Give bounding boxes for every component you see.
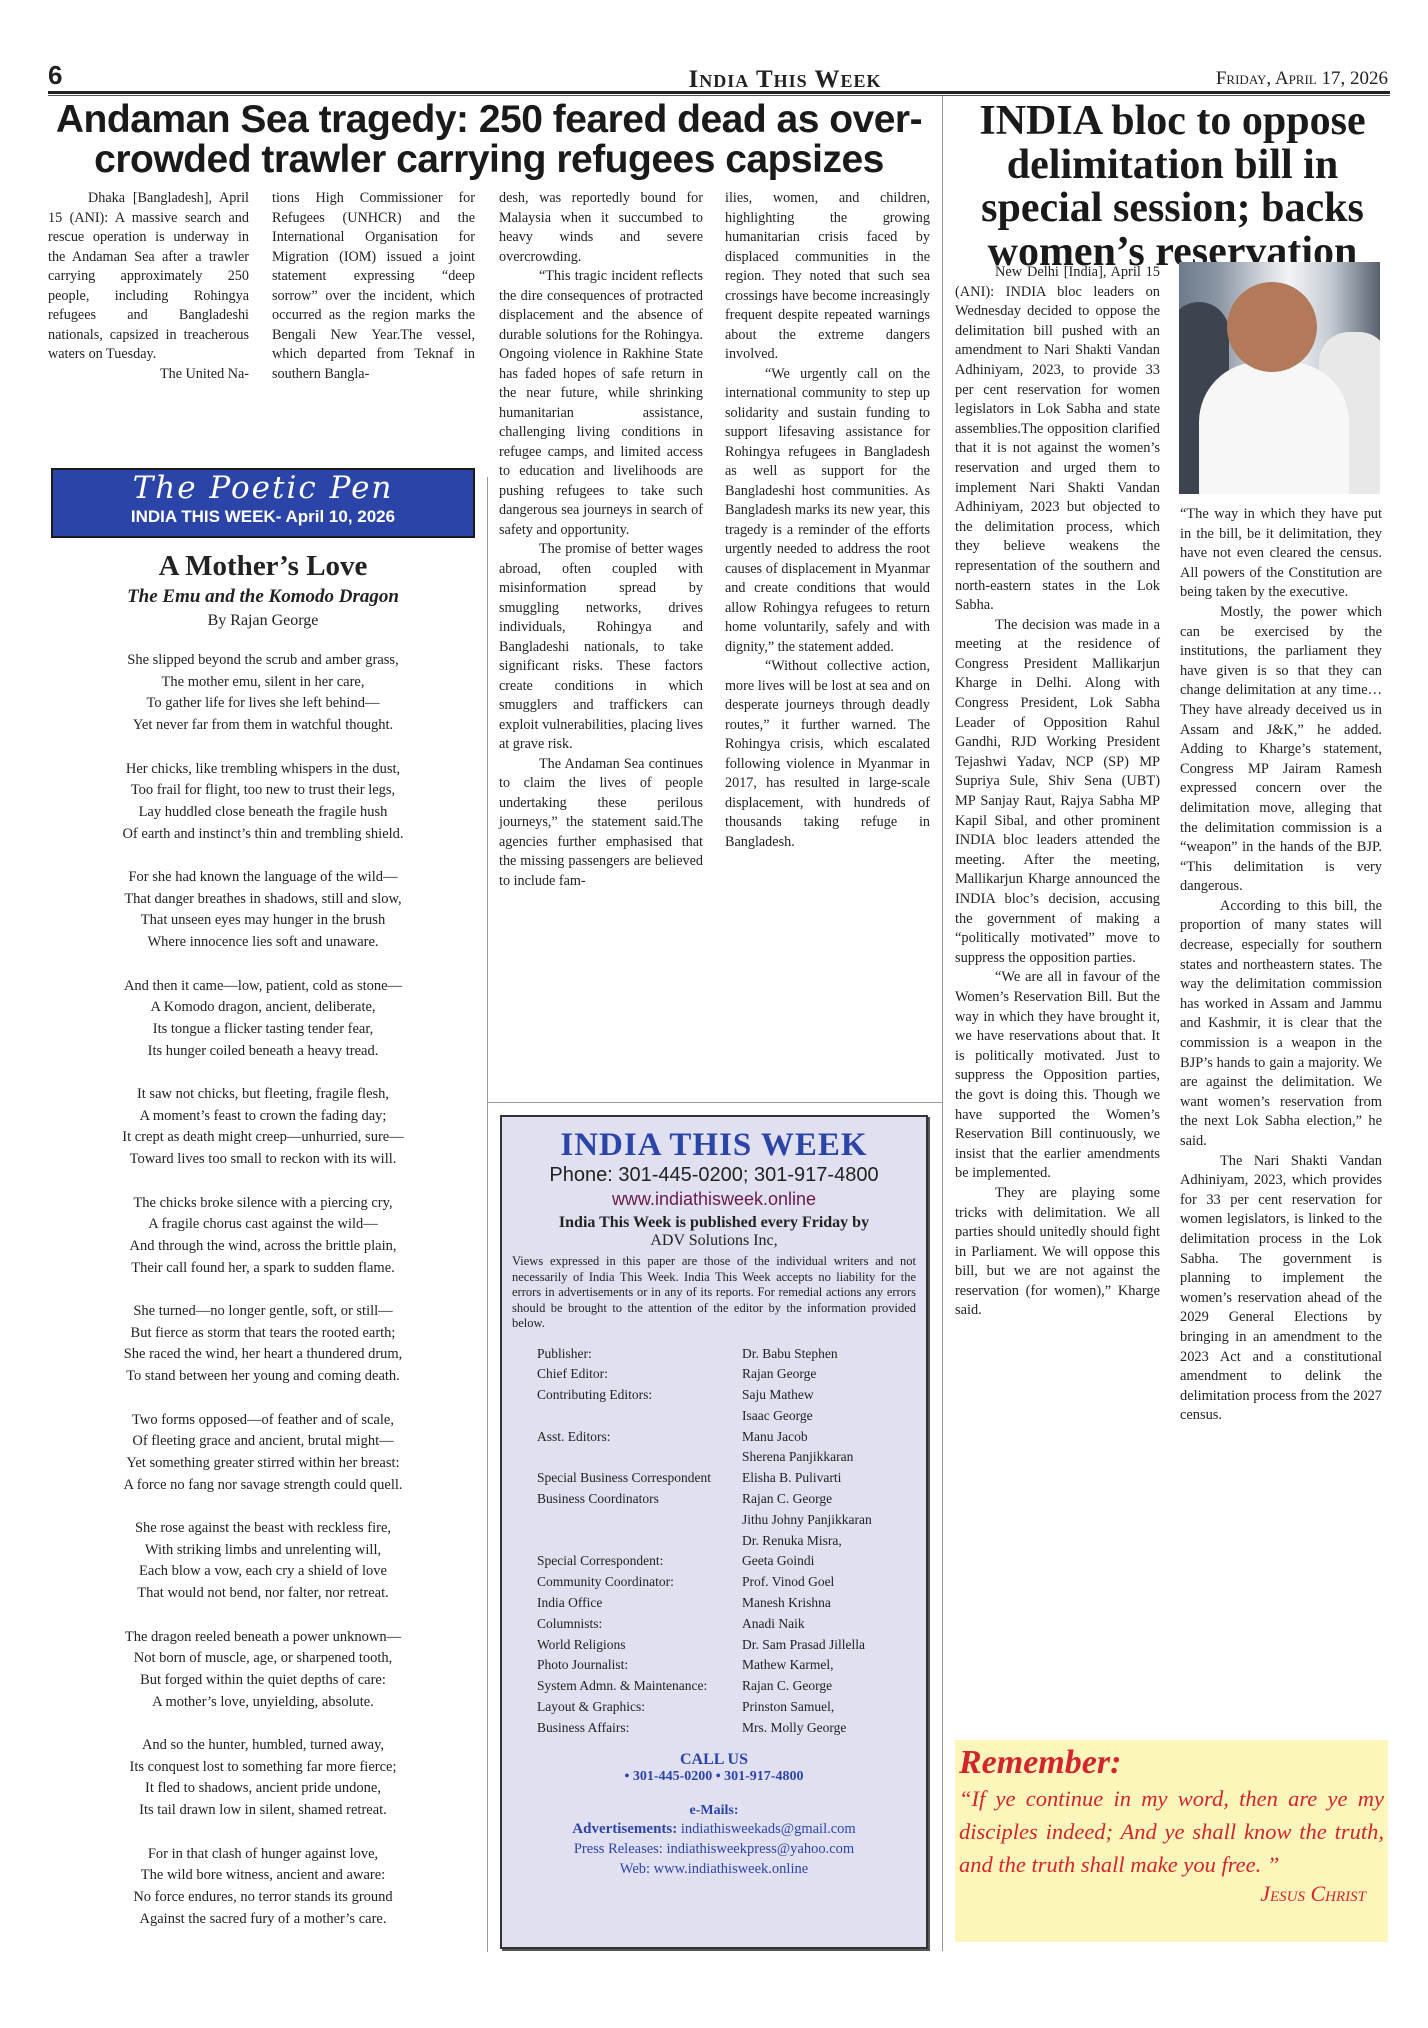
- staff-name: Manu Jacob: [742, 1427, 808, 1448]
- call-us-numbers: • 301-445-0200 • 301-917-4800: [502, 1769, 926, 1785]
- staff-role: India Office: [537, 1593, 742, 1614]
- staff-name: Mathew Karmel,: [742, 1655, 833, 1676]
- poem-line: Each blow a vow, each cry a shield of lo…: [48, 1561, 478, 1583]
- staff-list: Publisher:Dr. Babu StephenChief Editor:R…: [537, 1344, 926, 1739]
- paragraph: Mostly, the power which can be exercised…: [1180, 603, 1382, 897]
- poem-line: Not born of muscle, age, or sharpened to…: [48, 1648, 478, 1670]
- poem-line: Toward lives too small to reckon with it…: [48, 1149, 478, 1171]
- kharge-photo: [1179, 262, 1380, 494]
- right-article-col-1: New Delhi [India], April 15 (ANI): INDIA…: [955, 263, 1160, 1321]
- poem-stanza: She slipped beyond the scrub and amber g…: [48, 650, 478, 737]
- staff-role: Special Correspondent:: [537, 1551, 742, 1572]
- staff-role: Business Affairs:: [537, 1718, 742, 1739]
- right-article-headline: INDIA bloc to oppose delimitation bill i…: [955, 100, 1390, 275]
- staff-row: Contributing Editors:Saju Mathew: [537, 1385, 926, 1406]
- call-us-label: CALL US: [502, 1751, 926, 1769]
- emails-label: e-Mails:: [502, 1803, 926, 1819]
- poem-line: Its tongue a flicker tasting tender fear…: [48, 1019, 478, 1041]
- paragraph: They are playing some tricks with delimi…: [955, 1184, 1160, 1321]
- staff-row: Business Affairs:Mrs. Molly George: [537, 1718, 926, 1739]
- page-number: 6: [48, 60, 62, 91]
- web-label: Web:: [620, 1861, 650, 1877]
- poem-body: She slipped beyond the scrub and amber g…: [48, 650, 478, 1952]
- paragraph: “We urgently call on the international c…: [725, 365, 930, 658]
- photo-figure: [1199, 362, 1349, 494]
- staff-role: Asst. Editors:: [537, 1427, 742, 1448]
- poem-line: That danger breathes in shadows, still a…: [48, 889, 478, 911]
- ad-brand: INDIA THIS WEEK: [502, 1127, 926, 1164]
- staff-role: [537, 1447, 742, 1468]
- poem-line: She rose against the beast with reckless…: [48, 1518, 478, 1540]
- staff-role: Layout & Graphics:: [537, 1697, 742, 1718]
- staff-row: Layout & Graphics:Prinston Samuel,: [537, 1697, 926, 1718]
- poem-line: And so the hunter, humbled, turned away,: [48, 1735, 478, 1757]
- staff-role: Contributing Editors:: [537, 1385, 742, 1406]
- poem-line: A fragile chorus cast against the wild—: [48, 1214, 478, 1236]
- staff-row: Photo Journalist:Mathew Karmel,: [537, 1655, 926, 1676]
- poem-line: Lay huddled close beneath the fragile hu…: [48, 802, 478, 824]
- right-article-col-2: “The way in which they have put in the b…: [1180, 505, 1382, 1426]
- poem-line: Yet something greater stirred within her…: [48, 1453, 478, 1475]
- poem-title: A Mother’s Love: [48, 550, 478, 583]
- poem-line: Two forms opposed—of feather and of scal…: [48, 1410, 478, 1432]
- column-divider-poem: [487, 477, 488, 1952]
- staff-name: Prinston Samuel,: [742, 1697, 834, 1718]
- staff-row: India OfficeManesh Krishna: [537, 1593, 926, 1614]
- poem-line: That would not bend, nor falter, nor ret…: [48, 1583, 478, 1605]
- poem-stanza: Her chicks, like trembling whispers in t…: [48, 759, 478, 846]
- poem-line: The mother emu, silent in her care,: [48, 672, 478, 694]
- staff-name: Manesh Krishna: [742, 1593, 831, 1614]
- issue-date: Friday, April 17, 2026: [1150, 68, 1388, 90]
- staff-row: Jithu Johny Panjikkaran: [537, 1510, 926, 1531]
- poem-stanza: The chicks broke silence with a piercing…: [48, 1193, 478, 1280]
- poem-stanza: For she had known the language of the wi…: [48, 867, 478, 954]
- poem-line: With striking limbs and unrelenting will…: [48, 1540, 478, 1562]
- poem-line: She turned—no longer gentle, soft, or st…: [48, 1301, 478, 1323]
- poem-subtitle: The Emu and the Komodo Dragon: [48, 586, 478, 608]
- poem-line: The dragon reeled beneath a power unknow…: [48, 1627, 478, 1649]
- press-email-link[interactable]: indiathisweekpress@yahoo.com: [666, 1841, 854, 1857]
- staff-role: Business Coordinators: [537, 1489, 742, 1510]
- press-email-label: Press Releases:: [574, 1841, 663, 1857]
- paragraph: The promise of better wages abroad, ofte…: [499, 540, 703, 755]
- ad-publisher-company: ADV Solutions Inc,: [502, 1232, 926, 1250]
- staff-name: Rajan George: [742, 1364, 816, 1385]
- paragraph: desh, was reportedly bound for Malaysia …: [499, 189, 703, 267]
- staff-row: System Admn. & Maintenance:Rajan C. Geor…: [537, 1676, 926, 1697]
- staff-role: Photo Journalist:: [537, 1655, 742, 1676]
- poetic-pen-title: The Poetic Pen: [53, 470, 473, 506]
- poem-line: She raced the wind, her heart a thundere…: [48, 1344, 478, 1366]
- poem-line: Her chicks, like trembling whispers in t…: [48, 759, 478, 781]
- left-article-col-1: Dhaka [Bangladesh], April 15 (ANI): A ma…: [48, 189, 249, 384]
- staff-row: Sherena Panjikkaran: [537, 1447, 926, 1468]
- poem-line: For in that clash of hunger against love…: [48, 1844, 478, 1866]
- ads-email-line: Advertisements: indiathisweekads@gmail.c…: [502, 1819, 926, 1839]
- staff-role: System Admn. & Maintenance:: [537, 1676, 742, 1697]
- staff-row: Special Correspondent:Geeta Goindi: [537, 1551, 926, 1572]
- poem-line: A force no fang nor savage strength coul…: [48, 1475, 478, 1497]
- photo-figure: [1227, 282, 1317, 372]
- staff-row: Community Coordinator:Prof. Vinod Goel: [537, 1572, 926, 1593]
- staff-row: Business CoordinatorsRajan C. George: [537, 1489, 926, 1510]
- poem-line: Of earth and instinct’s thin and trembli…: [48, 824, 478, 846]
- paragraph: tions High Commissioner for Refugees (UN…: [272, 189, 475, 384]
- masthead-info-box: INDIA THIS WEEK Phone: 301-445-0200; 301…: [500, 1115, 928, 1949]
- poem-line: That unseen eyes may hunger in the brush: [48, 910, 478, 932]
- poem-line: Their call found her, a spark to sudden …: [48, 1258, 478, 1280]
- staff-row: Asst. Editors:Manu Jacob: [537, 1427, 926, 1448]
- staff-row: Isaac George: [537, 1406, 926, 1427]
- ads-email-label: Advertisements:: [572, 1821, 677, 1837]
- poem-stanza: For in that clash of hunger against love…: [48, 1844, 478, 1931]
- paragraph: Dhaka [Bangladesh], April 15 (ANI): A ma…: [48, 189, 249, 365]
- masthead: India This Week: [650, 66, 920, 94]
- poem-line: Against the sacred fury of a mother’s ca…: [48, 1909, 478, 1931]
- poem-line: For she had known the language of the wi…: [48, 867, 478, 889]
- staff-name: Saju Mathew: [742, 1385, 814, 1406]
- paragraph: The Nari Shakti Vandan Adhiniyam, 2023, …: [1180, 1152, 1382, 1426]
- staff-name: Rajan C. George: [742, 1489, 832, 1510]
- staff-role: Special Business Correspondent: [537, 1468, 742, 1489]
- poem-line: Where innocence lies soft and unaware.: [48, 932, 478, 954]
- staff-name: Isaac George: [742, 1406, 813, 1427]
- poetic-pen-subtitle: INDIA THIS WEEK- April 10, 2026: [53, 506, 473, 528]
- header-rule: [48, 91, 1390, 94]
- staff-row: Publisher:Dr. Babu Stephen: [537, 1344, 926, 1365]
- paragraph: “The way in which they have put in the b…: [1180, 505, 1382, 603]
- poem-line: But forged within the quiet depths of ca…: [48, 1670, 478, 1692]
- poem-stanza: And then it came—low, patient, cold as s…: [48, 976, 478, 1063]
- left-article-headline: Andaman Sea tragedy: 250 feared dead as …: [48, 100, 930, 180]
- remember-title: Remember:: [959, 1744, 1384, 1782]
- poem-stanza: The dragon reeled beneath a power unknow…: [48, 1627, 478, 1714]
- staff-name: Geeta Goindi: [742, 1551, 814, 1572]
- staff-role: [537, 1510, 742, 1531]
- staff-name: Dr. Renuka Misra,: [742, 1531, 842, 1552]
- paragraph: The United Na-: [48, 365, 249, 385]
- ad-disclaimer: Views expressed in this paper are those …: [502, 1250, 926, 1332]
- poem-line: A Komodo dragon, ancient, deliberate,: [48, 997, 478, 1019]
- poem-line: She slipped beyond the scrub and amber g…: [48, 650, 478, 672]
- poem-line: The wild bore witness, ancient and aware…: [48, 1865, 478, 1887]
- staff-name: Anadi Naik: [742, 1614, 805, 1635]
- poem-line: Yet never far from them in watchful thou…: [48, 715, 478, 737]
- poem-line: To stand between her young and coming de…: [48, 1366, 478, 1388]
- staff-name: Sherena Panjikkaran: [742, 1447, 853, 1468]
- paragraph: “Without collective action, more lives w…: [725, 657, 930, 852]
- left-article-col-2: tions High Commissioner for Refugees (UN…: [272, 189, 475, 384]
- staff-name: Mrs. Molly George: [742, 1718, 846, 1739]
- left-article-col-4: ilies, women, and children, highlighting…: [725, 189, 930, 852]
- paragraph: According to this bill, the proportion o…: [1180, 897, 1382, 1152]
- staff-name: Prof. Vinod Goel: [742, 1572, 834, 1593]
- left-article-col-3: desh, was reportedly bound for Malaysia …: [499, 189, 703, 891]
- ad-published-line: India This Week is published every Frida…: [502, 1214, 926, 1232]
- poem-line: No force endures, no terror stands its g…: [48, 1887, 478, 1909]
- poem-line: It saw not chicks, but fleeting, fragile…: [48, 1084, 478, 1106]
- staff-role: [537, 1531, 742, 1552]
- paragraph: New Delhi [India], April 15 (ANI): INDIA…: [955, 263, 1160, 616]
- poem-stanza: She rose against the beast with reckless…: [48, 1518, 478, 1605]
- press-email-line: Press Releases: indiathisweekpress@yahoo…: [502, 1839, 926, 1859]
- poem-line: Its hunger coiled beneath a heavy tread.: [48, 1041, 478, 1063]
- header-rule-thin: [48, 95, 1390, 96]
- ads-email-link[interactable]: indiathisweekads@gmail.com: [681, 1821, 856, 1837]
- ad-phone: Phone: 301-445-0200; 301-917-4800: [502, 1164, 926, 1187]
- poem-line: To gather life for lives she left behind…: [48, 693, 478, 715]
- poem-stanza: Two forms opposed—of feather and of scal…: [48, 1410, 478, 1497]
- staff-row: World ReligionsDr. Sam Prasad Jillella: [537, 1635, 926, 1656]
- paragraph: “This tragic incident reflects the dire …: [499, 267, 703, 540]
- paragraph: The Andaman Sea continues to claim the l…: [499, 755, 703, 892]
- remember-quote: “If ye continue in my word, then are ye …: [959, 1782, 1384, 1881]
- poem-line: Its conquest lost to something far more …: [48, 1757, 478, 1779]
- staff-row: Columnists:Anadi Naik: [537, 1614, 926, 1635]
- paragraph: “We are all in favour of the Women’s Res…: [955, 968, 1160, 1184]
- staff-name: Elisha B. Pulivarti: [742, 1468, 841, 1489]
- staff-role: Columnists:: [537, 1614, 742, 1635]
- staff-role: [537, 1406, 742, 1427]
- remember-box: Remember: “If ye continue in my word, th…: [955, 1740, 1388, 1942]
- poem-stanza: And so the hunter, humbled, turned away,…: [48, 1735, 478, 1822]
- paragraph: The decision was made in a meeting at th…: [955, 616, 1160, 969]
- poetic-pen-banner: The Poetic Pen INDIA THIS WEEK- April 10…: [51, 468, 475, 538]
- poem-line: A moment’s feast to crown the fading day…: [48, 1106, 478, 1128]
- ad-website-link[interactable]: www.indiathisweek.online: [502, 1189, 926, 1210]
- staff-name: Rajan C. George: [742, 1676, 832, 1697]
- staff-row: Dr. Renuka Misra,: [537, 1531, 926, 1552]
- poem-byline: By Rajan George: [48, 612, 478, 630]
- staff-row: Special Business CorrespondentElisha B. …: [537, 1468, 926, 1489]
- staff-name: Jithu Johny Panjikkaran: [742, 1510, 872, 1531]
- poem-line: And through the wind, across the brittle…: [48, 1236, 478, 1258]
- column-divider-right: [942, 96, 943, 1951]
- poem-stanza: She turned—no longer gentle, soft, or st…: [48, 1301, 478, 1388]
- poem-line: And then it came—low, patient, cold as s…: [48, 976, 478, 998]
- poem-line: It crept as death might creep—unhurried,…: [48, 1127, 478, 1149]
- poem-line: Of fleeting grace and ancient, brutal mi…: [48, 1431, 478, 1453]
- staff-name: Dr. Babu Stephen: [742, 1344, 838, 1365]
- staff-role: Chief Editor:: [537, 1364, 742, 1385]
- web-line: Web: www.indiathisweek.online: [502, 1859, 926, 1879]
- staff-role: Publisher:: [537, 1344, 742, 1365]
- remember-attribution: Jesus Christ: [959, 1881, 1366, 1907]
- poem-line: A mother’s love, unyielding, absolute.: [48, 1692, 478, 1714]
- staff-role: World Religions: [537, 1635, 742, 1656]
- poem-line: The chicks broke silence with a piercing…: [48, 1193, 478, 1215]
- staff-name: Dr. Sam Prasad Jillella: [742, 1635, 865, 1656]
- paragraph: ilies, women, and children, highlighting…: [725, 189, 930, 365]
- web-link[interactable]: www.indiathisweek.online: [654, 1861, 809, 1877]
- staff-role: Community Coordinator:: [537, 1572, 742, 1593]
- poem-line: Too frail for flight, too new to trust t…: [48, 780, 478, 802]
- ad-divider: [488, 1102, 942, 1103]
- poem-line: It fled to shadows, ancient pride undone…: [48, 1778, 478, 1800]
- staff-row: Chief Editor:Rajan George: [537, 1364, 926, 1385]
- poem-line: But fierce as storm that tears the roote…: [48, 1323, 478, 1345]
- poem-line: Its tail drawn low in silent, shamed ret…: [48, 1800, 478, 1822]
- poem-stanza: It saw not chicks, but fleeting, fragile…: [48, 1084, 478, 1171]
